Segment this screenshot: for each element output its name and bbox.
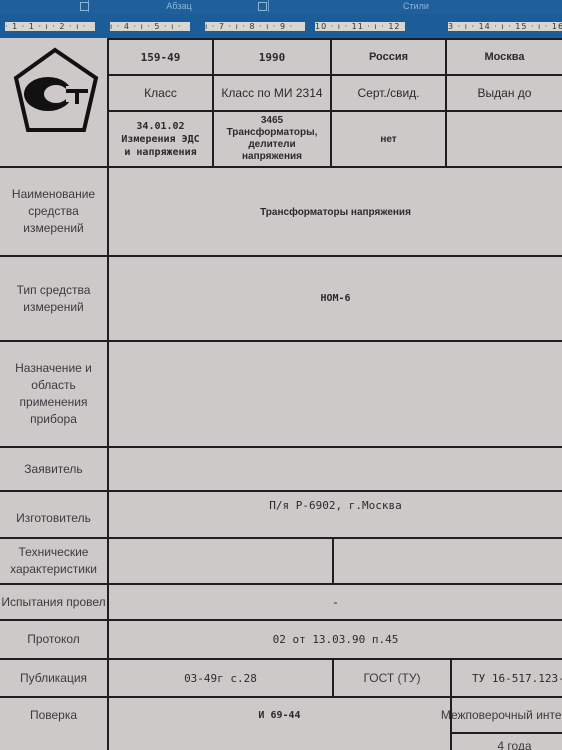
applicant-label: Заявитель (0, 448, 107, 490)
dialog-launcher-icon[interactable] (258, 2, 267, 11)
name-label: Наименование средства измерений (0, 168, 107, 255)
word-ribbon: Абзац Стили (0, 0, 562, 14)
purpose-value (109, 342, 562, 446)
ruler-segment[interactable]: 3 · ı · 14 · ı · 15 · ı · 16 (448, 22, 562, 31)
header-cert-label: Серт./свид. (332, 76, 445, 110)
gost-label: ГОСТ (ТУ) (334, 660, 450, 696)
header-cert-value: нет (332, 112, 445, 166)
gost-logo (8, 44, 102, 156)
dialog-launcher-icon[interactable] (80, 2, 89, 11)
gost-value: ТУ 16-517.123- (452, 660, 562, 696)
tech-value-1 (109, 539, 332, 583)
tech-value-2 (334, 539, 562, 583)
publication-value: 03-49г с.28 (109, 660, 332, 696)
tech-label: Технические характеристики (0, 539, 107, 583)
header-country: Россия (332, 40, 445, 74)
header-class-mi-label: Класс по МИ 2314 (214, 76, 330, 110)
ribbon-group-clipboard (0, 0, 89, 12)
name-value: Трансформаторы напряжения (109, 168, 562, 255)
ribbon-group-paragraph: Абзац (90, 0, 269, 12)
header-year: 1990 (214, 40, 330, 74)
verification-value: И 69-44 (109, 698, 450, 732)
type-value: НОМ-6 (109, 257, 562, 340)
manufacturer-value: П/я Р-6902, г.Москва (109, 492, 562, 518)
tests-value: - (109, 585, 562, 619)
publication-label: Публикация (0, 660, 107, 696)
header-number: 159-49 (109, 40, 212, 74)
tests-label: Испытания провел (0, 585, 107, 619)
ruler-segment[interactable]: · 1 · 1 · ı · 2 · ı · (5, 22, 95, 31)
divider (450, 732, 562, 734)
protocol-value: 02 от 13.03.90 п.45 (109, 621, 562, 658)
header-issued-label: Выдан до (447, 76, 562, 110)
header-class-value: 34.01.02 Измерения ЭДС и напряжения (109, 112, 212, 166)
ribbon-group-styles: Стили (270, 0, 562, 12)
manufacturer-label: Изготовитель (0, 492, 107, 537)
applicant-value (109, 448, 562, 490)
ruler-segment[interactable]: ı · 7 · ı · 8 · ı · 9 · (205, 22, 305, 31)
type-label: Тип средства измерений (0, 257, 107, 340)
ruler-segment[interactable]: ı · 4 · ı · 5 · ı · (110, 22, 190, 31)
protocol-label: Протокол (0, 621, 107, 658)
purpose-label: Назначение и область применения прибора (0, 342, 107, 446)
header-class-label: Класс (109, 76, 212, 110)
header-class-mi-value: 3465 Трансформаторы, делители напряжения (214, 112, 330, 166)
header-issued-value (447, 112, 562, 166)
interval-value: 4 года (452, 736, 562, 750)
verification-label: Поверка (0, 698, 107, 732)
ruler-segment[interactable]: 10 · ı · 11 · ı · 12 · (315, 22, 405, 31)
header-city: Москва (447, 40, 562, 74)
gost-certification-icon (8, 44, 102, 156)
interval-label: Межповерочный интервал (452, 698, 562, 732)
